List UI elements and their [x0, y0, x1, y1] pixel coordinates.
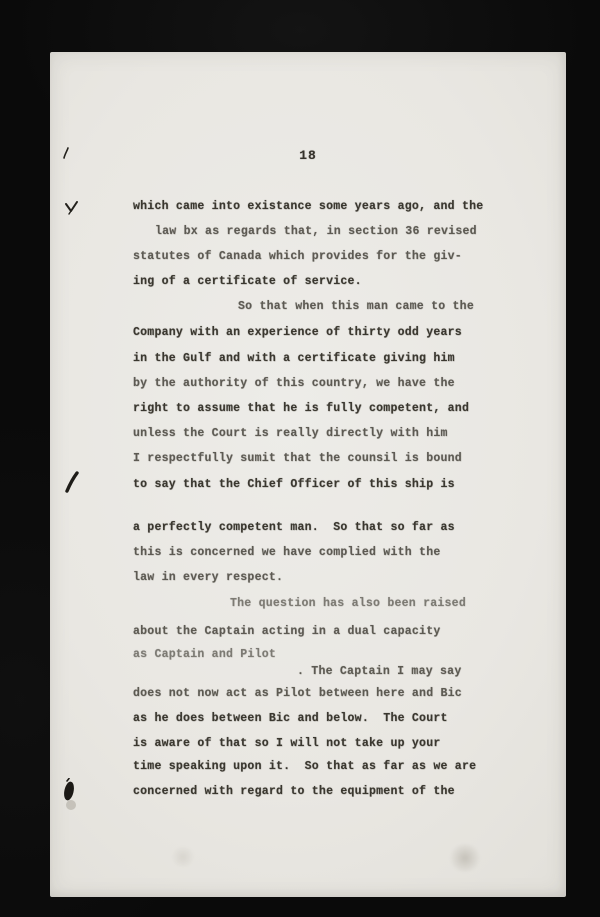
text-line: a perfectly competent man. So that so fa…	[133, 521, 455, 535]
text-line: concerned with regard to the equipment o…	[133, 785, 455, 799]
text-line: which came into existance some years ago…	[133, 200, 483, 214]
ink-blot-mark	[60, 778, 78, 812]
text-line: as he does between Bic and below. The Co…	[133, 712, 448, 726]
text-line: ing of a certificate of service.	[133, 275, 362, 289]
text-line: is aware of that so I will not take up y…	[133, 737, 441, 751]
page-number: 18	[50, 148, 566, 163]
ink-slash-mark	[64, 470, 80, 494]
document-page: 18 which came into existance some years …	[50, 52, 566, 897]
text-line: time speaking upon it. So that as far as…	[133, 760, 476, 774]
text-line: So that when this man came to the	[238, 300, 474, 314]
text-line: law bx as regards that, in section 36 re…	[155, 225, 477, 239]
text-line: does not now act as Pilot between here a…	[133, 687, 462, 701]
scanned-document-photo: 18 which came into existance some years …	[0, 0, 600, 917]
text-line: unless the Court is really directly with…	[133, 427, 448, 441]
text-line: law in every respect.	[133, 571, 283, 585]
text-line: this is concerned we have complied with …	[133, 546, 441, 560]
text-line: . The Captain I may say	[297, 665, 461, 679]
smudge-mark	[170, 847, 196, 867]
smudge-mark	[448, 844, 482, 872]
handwritten-tick-mark	[64, 200, 80, 216]
text-line: to say that the Chief Officer of this sh…	[133, 478, 455, 492]
text-line: statutes of Canada which provides for th…	[133, 250, 462, 264]
ink-fleck-mark	[61, 146, 71, 160]
text-line: right to assume that he is fully compete…	[133, 402, 469, 416]
text-line: as Captain and Pilot	[133, 648, 276, 662]
text-line: I respectfully sumit that the counsil is…	[133, 452, 462, 466]
text-line: about the Captain acting in a dual capac…	[133, 625, 441, 639]
text-line: The question has also been raised	[230, 597, 466, 611]
text-line: Company with an experience of thirty odd…	[133, 326, 462, 340]
text-line: by the authority of this country, we hav…	[133, 377, 455, 391]
text-line: in the Gulf and with a certificate givin…	[133, 352, 455, 366]
